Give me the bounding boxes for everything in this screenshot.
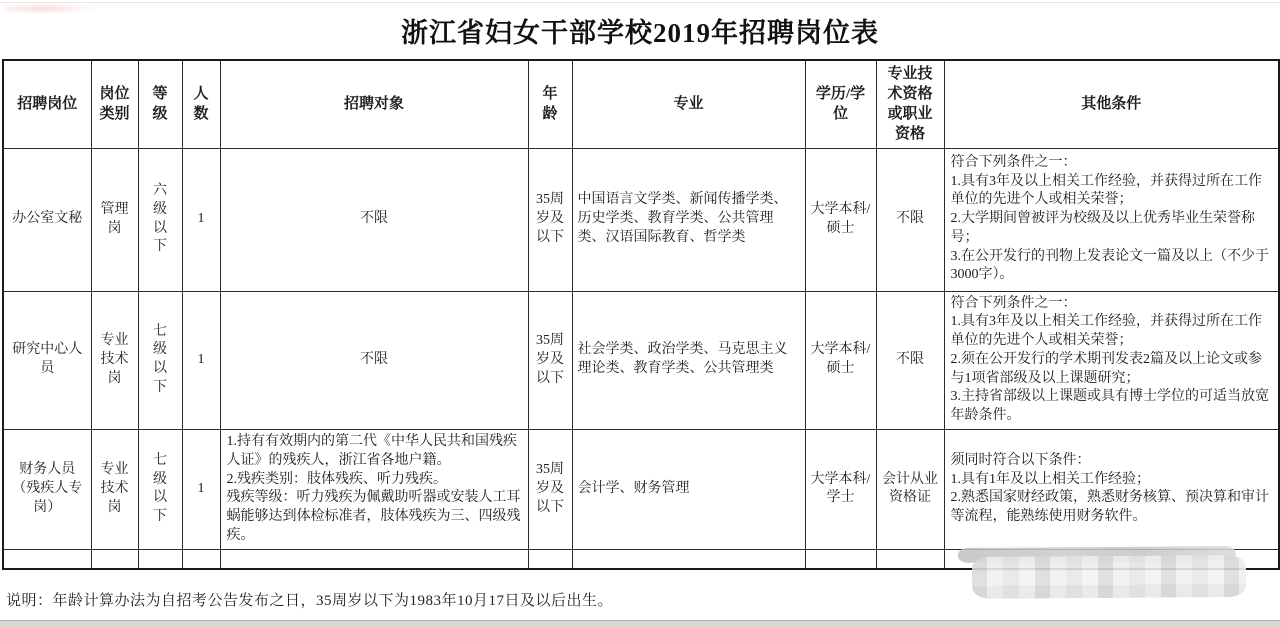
cell-headcount: 1 (182, 148, 220, 291)
header-category: 岗位类别 (91, 60, 138, 148)
footnote: 说明：年龄计算办法为自招考公告发布之日，35周岁以下为1983年10月17日及以… (6, 589, 613, 610)
empty-row (3, 549, 1279, 569)
header-qualification: 专业技术资格或职业资格 (876, 60, 944, 148)
cell-grade: 七级以下 (138, 291, 182, 429)
page: 浙江省妇女干部学校2019年招聘岗位表 招聘岗位 岗位类别 等级 人数 招聘对象… (0, 0, 1280, 627)
header-headcount: 人数 (182, 60, 220, 148)
cell-position: 财务人员（残疾人专岗） (3, 429, 91, 549)
page-title: 浙江省妇女干部学校2019年招聘岗位表 (0, 11, 1280, 50)
cell-position: 研究中心人员 (3, 291, 91, 429)
cell-education: 大学本科/硕士 (805, 291, 876, 429)
header-major: 专业 (572, 60, 805, 148)
cell-qualification: 不限 (876, 291, 944, 429)
table-row-finance-staff: 财务人员（残疾人专岗） 专业技术岗 七级以下 1 1.持有有效期内的第二代《中华… (3, 429, 1279, 549)
cell-grade: 六级以下 (138, 148, 182, 291)
cell-category: 专业技术岗 (91, 291, 138, 429)
cell-other-conditions: 符合下列条件之一： 1.具有3年及以上相关工作经验，并获得过所在工作单位的先进个… (944, 148, 1279, 291)
cell-major: 中国语言文学类、新闻传播学类、历史学类、教育学类、公共管理类、汉语国际教育、哲学… (572, 148, 805, 291)
header-age: 年龄 (528, 60, 572, 148)
cell-target: 1.持有有效期内的第二代《中华人民共和国残疾人证》的残疾人，浙江省各地户籍。 2… (220, 429, 528, 549)
cell-target: 不限 (220, 291, 528, 429)
cell-age: 35周岁及以下 (528, 148, 572, 291)
cell-age: 35周岁及以下 (528, 291, 572, 429)
cell-other-conditions: 符合下列条件之一： 1.具有3年及以上相关工作经验，并获得过所在工作单位的先进个… (944, 291, 1279, 429)
header-position: 招聘岗位 (3, 60, 91, 148)
cell-category: 专业技术岗 (91, 429, 138, 549)
recruitment-table: 招聘岗位 岗位类别 等级 人数 招聘对象 年龄 专业 学历/学位 专业技术资格或… (2, 59, 1280, 570)
bottom-scrollbar-strip (0, 620, 1280, 627)
cell-education: 大学本科/学士 (805, 429, 876, 549)
header-other-conditions: 其他条件 (944, 60, 1279, 148)
header-target: 招聘对象 (220, 60, 528, 148)
cell-qualification: 不限 (876, 148, 944, 291)
cell-major: 社会学类、政治学类、马克思主义理论类、教育学类、公共管理类 (572, 291, 805, 429)
table-row-office-secretary: 办公室文秘 管理岗 六级以下 1 不限 35周岁及以下 中国语言文学类、新闻传播… (3, 148, 1279, 291)
header-row: 招聘岗位 岗位类别 等级 人数 招聘对象 年龄 专业 学历/学位 专业技术资格或… (3, 60, 1279, 148)
table-row-research-center: 研究中心人员 专业技术岗 七级以下 1 不限 35周岁及以下 社会学类、政治学类… (3, 291, 1279, 429)
header-grade: 等级 (138, 60, 182, 148)
cell-grade: 七级以下 (138, 429, 182, 549)
cell-major: 会计学、财务管理 (572, 429, 805, 549)
cell-other-conditions: 须同时符合以下条件： 1.具有1年及以上相关工作经验； 2.熟悉国家财经政策，熟… (944, 429, 1279, 549)
cell-headcount: 1 (182, 291, 220, 429)
cell-category: 管理岗 (91, 148, 138, 291)
header-education: 学历/学位 (805, 60, 876, 148)
cell-headcount: 1 (182, 429, 220, 549)
cell-age: 35周岁及以下 (528, 429, 572, 549)
top-divider (0, 2, 1280, 3)
cell-target: 不限 (220, 148, 528, 291)
cell-qualification: 会计从业资格证 (876, 429, 944, 549)
cell-position: 办公室文秘 (3, 148, 91, 291)
cell-education: 大学本科/硕士 (805, 148, 876, 291)
